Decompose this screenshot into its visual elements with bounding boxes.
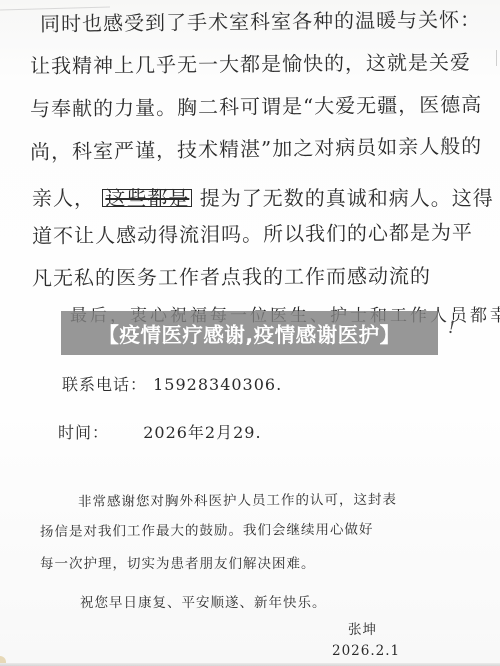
letter-line-5-rest: 提为了无数的真诚和病人。这得 bbox=[200, 186, 494, 210]
letter-line-2: 让我精神上几乎无一大都是愉快的，这就是关爱 bbox=[30, 46, 471, 79]
time-row: 时间： 2026年2月29. bbox=[58, 420, 262, 443]
contact-phone-row: 联系电话： 15928340306. bbox=[62, 372, 282, 395]
letter-line-6: 道不让人感动得流泪吗。所以我们的心都是为平 bbox=[32, 216, 473, 249]
letter-line-5: 亲人， 这些都是 提为了无数的真诚和病人。这得 bbox=[32, 182, 494, 211]
letter-line-1: 同时也感受到了手术室科室各种的温暖与关怀： bbox=[40, 3, 481, 37]
reply-line-4: 祝您早日康复、平安顺遂、新年快乐。 bbox=[80, 591, 327, 611]
reply-line-1: 非常感谢您对胸外科医护人员工作的认可，这封表 bbox=[78, 488, 397, 510]
contact-label: 联系电话： bbox=[62, 375, 147, 394]
reply-line-3: 每一次护理，切实为患者朋友们解决困难。 bbox=[40, 552, 316, 572]
time-label: 时间： bbox=[58, 423, 109, 442]
letter-line-5-start: 亲人， bbox=[32, 186, 95, 210]
time-value: 2026年2月29. bbox=[143, 423, 261, 442]
struck-out-text: 这些都是 bbox=[102, 189, 192, 207]
letter-line-7: 凡无私的医务工作者点我的工作而感动流的 bbox=[32, 260, 431, 291]
paper-mark bbox=[496, 50, 497, 66]
letter-line-4: 尚，科室严谨，技术精湛”加之对病员如亲人般的 bbox=[30, 130, 483, 165]
title-banner-text: 【疫情医疗感谢,疫情感谢医护】 bbox=[98, 318, 400, 348]
signature-date: 2026.2.1 bbox=[332, 643, 400, 659]
letter-photo: 同时也感受到了手术室科室各种的温暖与关怀： 让我精神上几乎无一大都是愉快的，这就… bbox=[0, 0, 500, 666]
signature: 张坤 bbox=[348, 618, 377, 638]
letter-line-3: 与奉献的力量。胸二科可谓是“大爱无疆，医德高 bbox=[30, 88, 483, 122]
title-banner: 【疫情医疗感谢,疫情感谢医护】 bbox=[61, 311, 438, 355]
reply-line-2: 扬信是对我们工作最大的鼓励。我们会继续用心做好 bbox=[40, 518, 374, 540]
contact-phone: 15928340306. bbox=[153, 375, 282, 394]
